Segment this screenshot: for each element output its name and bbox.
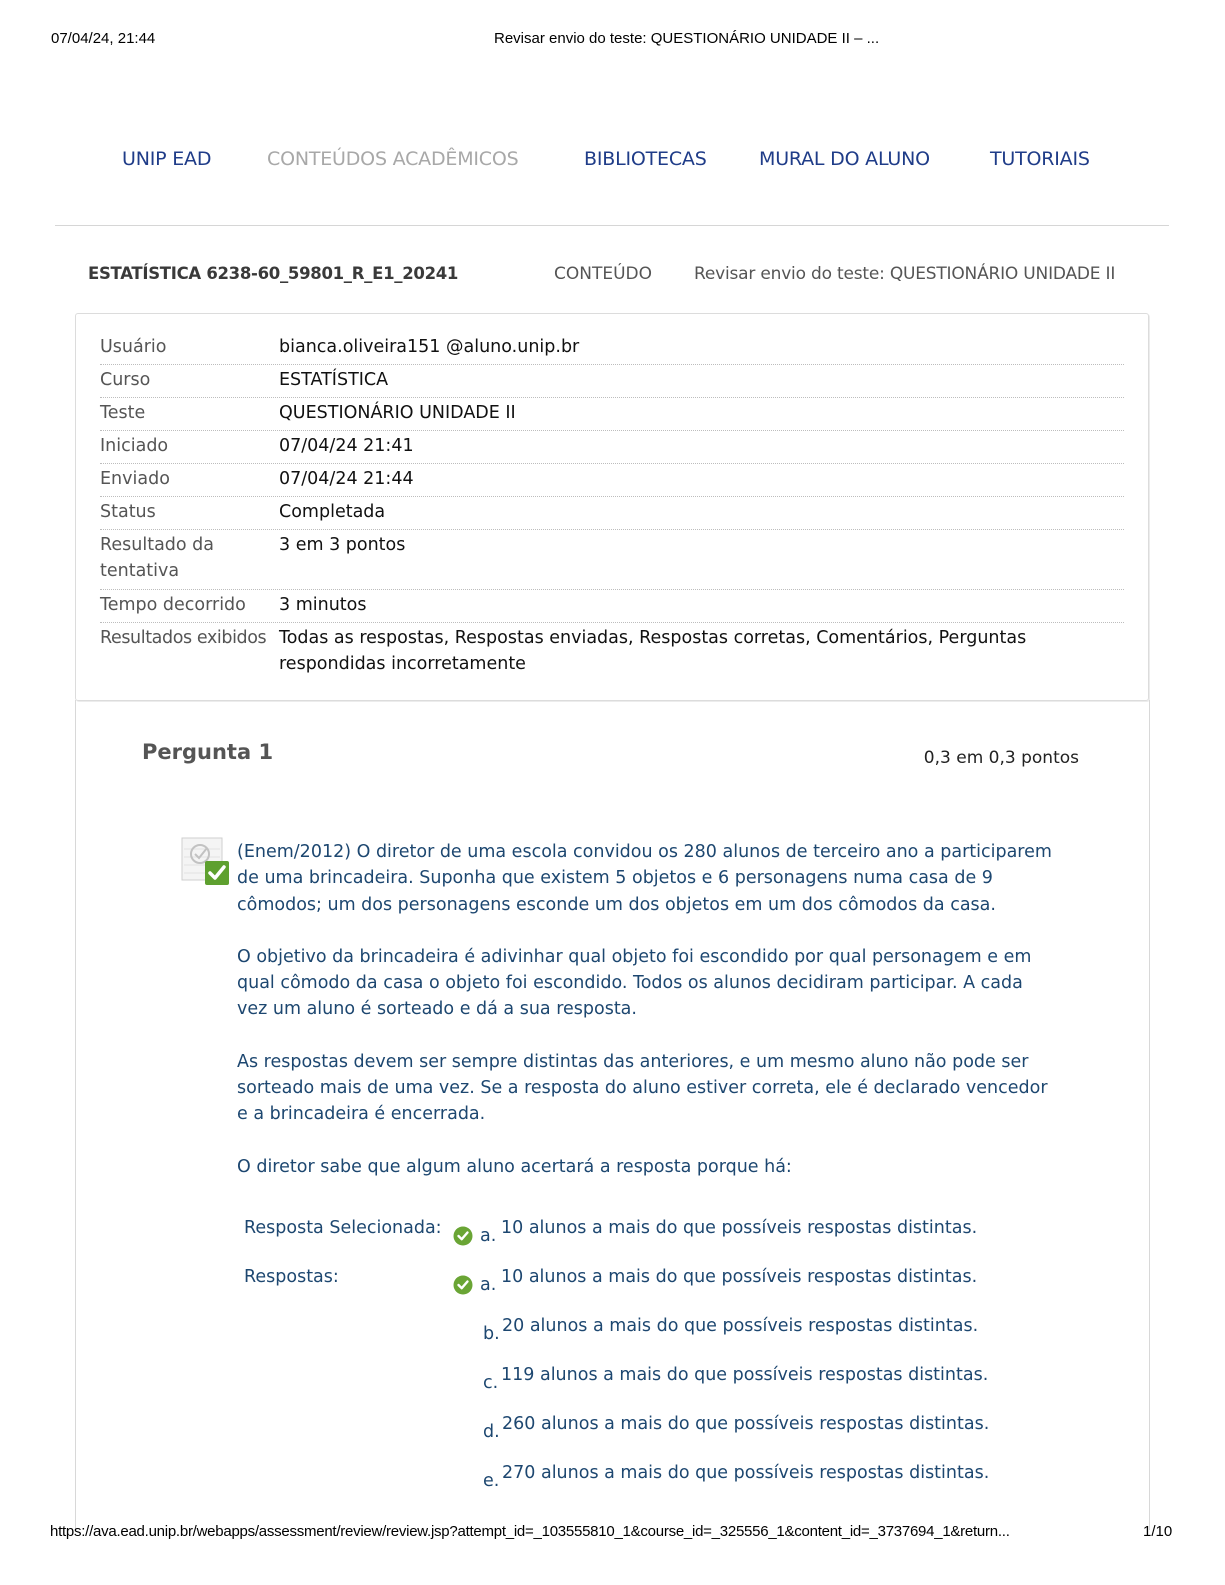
print-page-title: Revisar envio do teste: QUESTIONÁRIO UNI… xyxy=(494,30,879,47)
question-header: Pergunta 1 0,3 em 0,3 pontos xyxy=(142,740,1082,770)
question-points: 0,3 em 0,3 pontos xyxy=(924,748,1079,768)
print-datetime: 07/04/24, 21:44 xyxy=(51,30,155,47)
question-title: Pergunta 1 xyxy=(142,740,273,764)
detail-row-iniciado: Iniciado 07/04/24 21:41 xyxy=(100,431,1124,464)
detail-label: Resultados exibidos xyxy=(100,625,280,651)
answer-option-d: d. 260 alunos a mais do que possíveis re… xyxy=(244,1414,1044,1444)
question-text: (Enem/2012) O diretor de uma escola conv… xyxy=(237,839,1052,1206)
answer-option-b: b. 20 alunos a mais do que possíveis res… xyxy=(244,1316,1044,1346)
breadcrumb-content[interactable]: CONTEÚDO xyxy=(554,264,652,284)
detail-value: 07/04/24 21:44 xyxy=(279,466,1124,492)
correct-answer-icon xyxy=(181,837,231,887)
option-text: 20 alunos a mais do que possíveis respos… xyxy=(502,1316,978,1336)
selected-answer-letter: a. xyxy=(480,1226,496,1246)
option-letter: b. xyxy=(483,1324,500,1344)
detail-row-status: Status Completada xyxy=(100,497,1124,530)
breadcrumb-course[interactable]: ESTATÍSTICA 6238-60_59801_R_E1_20241 xyxy=(88,264,458,283)
detail-label: Resultado da tentativa xyxy=(100,532,250,584)
selected-answer-row: Resposta Selecionada: a. 10 alunos a mai… xyxy=(244,1218,1044,1248)
detail-value: bianca.oliveira151 @aluno.unip.br xyxy=(279,334,1124,360)
detail-row-teste: Teste QUESTIONÁRIO UNIDADE II xyxy=(100,398,1124,431)
option-text: 260 alunos a mais do que possíveis respo… xyxy=(502,1414,989,1434)
content-border-left xyxy=(75,700,76,1530)
option-letter: a. xyxy=(480,1275,496,1295)
correct-check-icon xyxy=(453,1275,473,1295)
detail-row-resultado: Resultado da tentativa 3 em 3 pontos xyxy=(100,530,1124,590)
detail-value: QUESTIONÁRIO UNIDADE II xyxy=(279,400,1124,426)
question-paragraph: O diretor sabe que algum aluno acertará … xyxy=(237,1154,1052,1180)
breadcrumb: ESTATÍSTICA 6238-60_59801_R_E1_20241 CON… xyxy=(88,264,1138,288)
nav-unip-ead[interactable]: UNIP EAD xyxy=(122,148,211,170)
detail-label: Usuário xyxy=(100,334,278,360)
detail-value: 3 em 3 pontos xyxy=(279,532,1124,558)
option-text: 10 alunos a mais do que possíveis respos… xyxy=(501,1267,977,1287)
attempt-details-table: Usuário bianca.oliveira151 @aluno.unip.b… xyxy=(100,332,1124,680)
nav-mural-do-aluno[interactable]: MURAL DO ALUNO xyxy=(759,148,930,170)
nav-bibliotecas[interactable]: BIBLIOTECAS xyxy=(584,148,707,170)
answer-option-a: Respostas: a. 10 alunos a mais do que po… xyxy=(244,1267,1044,1297)
detail-value: ESTATÍSTICA xyxy=(279,367,1124,393)
selected-answer-label: Resposta Selecionada: xyxy=(244,1218,442,1238)
detail-label: Enviado xyxy=(100,466,278,492)
answer-option-c: c. 119 alunos a mais do que possíveis re… xyxy=(244,1365,1044,1395)
print-header: 07/04/24, 21:44 Revisar envio do teste: … xyxy=(0,30,1225,50)
content-border-right xyxy=(1149,700,1150,1530)
detail-value: 3 minutos xyxy=(279,592,1124,618)
answer-option-e: e. 270 alunos a mais do que possíveis re… xyxy=(244,1463,1044,1493)
option-letter: d. xyxy=(483,1422,500,1442)
breadcrumb-current-page: Revisar envio do teste: QUESTIONÁRIO UNI… xyxy=(694,264,1115,284)
selected-answer-text: 10 alunos a mais do que possíveis respos… xyxy=(501,1218,977,1238)
detail-label: Teste xyxy=(100,400,278,426)
print-page-number: 1/10 xyxy=(1143,1523,1172,1540)
detail-label: Status xyxy=(100,499,278,525)
detail-row-enviado: Enviado 07/04/24 21:44 xyxy=(100,464,1124,497)
top-navigation: UNIP EAD CONTEÚDOS ACADÊMICOS BIBLIOTECA… xyxy=(0,148,1225,178)
detail-label: Iniciado xyxy=(100,433,278,459)
option-letter: e. xyxy=(483,1471,499,1491)
detail-label: Curso xyxy=(100,367,278,393)
option-text: 270 alunos a mais do que possíveis respo… xyxy=(502,1463,989,1483)
question-paragraph: O objetivo da brincadeira é adivinhar qu… xyxy=(237,944,1052,1023)
nav-conteudos-academicos[interactable]: CONTEÚDOS ACADÊMICOS xyxy=(267,148,518,170)
detail-value: 07/04/24 21:41 xyxy=(279,433,1124,459)
correct-check-icon xyxy=(453,1226,473,1246)
detail-row-curso: Curso ESTATÍSTICA xyxy=(100,365,1124,398)
answers-label: Respostas: xyxy=(244,1267,339,1287)
attempt-details-panel: Usuário bianca.oliveira151 @aluno.unip.b… xyxy=(75,313,1149,701)
detail-row-tempo: Tempo decorrido 3 minutos xyxy=(100,590,1124,623)
print-footer: https://ava.ead.unip.br/webapps/assessme… xyxy=(0,1523,1225,1543)
detail-label: Tempo decorrido xyxy=(100,592,278,618)
option-text: 119 alunos a mais do que possíveis respo… xyxy=(501,1365,988,1385)
detail-row-resultados-exibidos: Resultados exibidos Todas as respostas, … xyxy=(100,623,1124,680)
question-paragraph: As respostas devem ser sempre distintas … xyxy=(237,1049,1052,1128)
detail-row-usuario: Usuário bianca.oliveira151 @aluno.unip.b… xyxy=(100,332,1124,365)
detail-value: Completada xyxy=(279,499,1124,525)
option-letter: c. xyxy=(483,1373,498,1393)
detail-value: Todas as respostas, Respostas enviadas, … xyxy=(279,625,1124,677)
question-paragraph: (Enem/2012) O diretor de uma escola conv… xyxy=(237,839,1052,918)
nav-divider xyxy=(55,225,1169,226)
print-url: https://ava.ead.unip.br/webapps/assessme… xyxy=(50,1523,1010,1540)
nav-tutoriais[interactable]: TUTORIAIS xyxy=(990,148,1090,170)
